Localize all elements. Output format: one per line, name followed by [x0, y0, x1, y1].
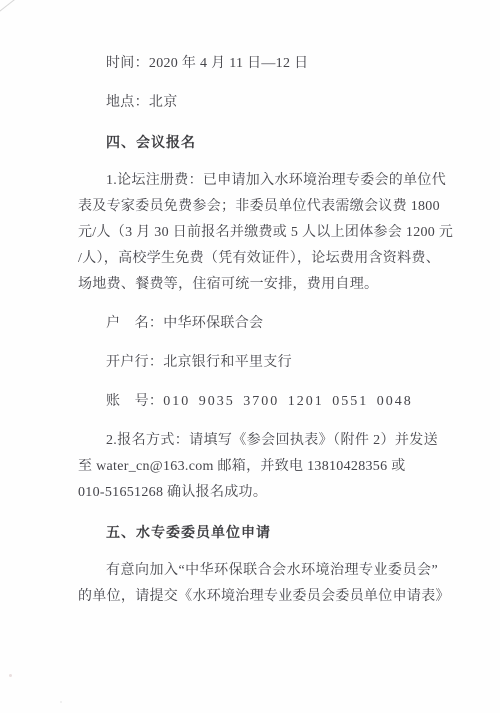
scan-speck	[9, 674, 12, 677]
bank-branch-label: 开户行：	[106, 355, 163, 370]
paragraph-line: 元/人（3 月 30 日前报名并缴费或 5 人以上团体参会 1200 元	[78, 220, 438, 246]
paragraph-line: 有意向加入“中华环保联合会水环境治理专业委员会”	[78, 558, 438, 584]
section-5-membership-application: 五、水专委委员单位申请	[78, 519, 438, 545]
bank-number-row: 账 号：010 9035 3700 1201 0551 0048	[78, 389, 438, 415]
section-4-heading: 四、会议报名	[78, 129, 438, 155]
section-5-heading: 五、水专委委员单位申请	[78, 519, 438, 545]
registration-fee-paragraph: 1.论坛注册费：已申请加入水环境治理专委会的单位代 表及专家委员免费参会；非委员…	[78, 168, 438, 298]
bank-holder-line: 户 名：中华环保联合会	[78, 311, 438, 337]
paragraph-line: 的单位，请提交《水环境治理专业委员会委员单位申请表》	[78, 584, 438, 610]
meeting-location-paragraph: 地点：北京	[78, 90, 438, 116]
meeting-time-paragraph: 时间：2020 年 4 月 11 日—12 日	[78, 51, 438, 77]
bank-number-value: 010 9035 3700 1201 0551 0048	[163, 394, 413, 409]
paragraph-line: 至 water_cn@163.com 邮箱，并致电 13810428356 或	[78, 454, 438, 480]
bank-branch-row: 开户行：北京银行和平里支行	[78, 350, 438, 376]
bank-holder-value: 中华环保联合会	[163, 316, 263, 331]
paragraph-line: 010-51651268 确认报名成功。	[78, 480, 438, 506]
bank-number-line: 账 号：010 9035 3700 1201 0551 0048	[78, 389, 438, 415]
bank-holder-label: 户 名：	[106, 316, 163, 331]
document-content: 时间：2020 年 4 月 11 日—12 日 地点：北京 四、会议报名 1.论…	[78, 51, 438, 623]
scan-speck	[60, 701, 62, 703]
section-4-registration: 四、会议报名	[78, 129, 438, 155]
paragraph-line: 表及专家委员免费参会；非委员单位代表需缴会议费 1800	[78, 194, 438, 220]
meeting-location-text: 地点：北京	[78, 90, 438, 116]
bank-branch-line: 开户行：北京银行和平里支行	[78, 350, 438, 376]
signup-method-paragraph: 2.报名方式：请填写《参会回执表》（附件 2）并发送 至 water_cn@16…	[78, 428, 438, 506]
scanned-document-page: 时间：2020 年 4 月 11 日—12 日 地点：北京 四、会议报名 1.论…	[0, 0, 500, 713]
meeting-time-text: 时间：2020 年 4 月 11 日—12 日	[78, 51, 438, 77]
paragraph-line: 场地费、餐费等，住宿可统一安排，费用自理。	[78, 272, 438, 298]
bank-holder-row: 户 名：中华环保联合会	[78, 311, 438, 337]
membership-application-paragraph: 有意向加入“中华环保联合会水环境治理专业委员会” 的单位，请提交《水环境治理专业…	[78, 558, 438, 610]
bank-branch-value: 北京银行和平里支行	[163, 355, 292, 370]
bank-number-label: 账 号：	[106, 394, 163, 409]
paragraph-line: 1.论坛注册费：已申请加入水环境治理专委会的单位代	[78, 168, 438, 194]
scan-corner-artifact	[0, 0, 15, 12]
paragraph-line: 2.报名方式：请填写《参会回执表》（附件 2）并发送	[78, 428, 438, 454]
paragraph-line: /人），高校学生免费（凭有效证件），论坛费用含资料费、	[78, 246, 438, 272]
